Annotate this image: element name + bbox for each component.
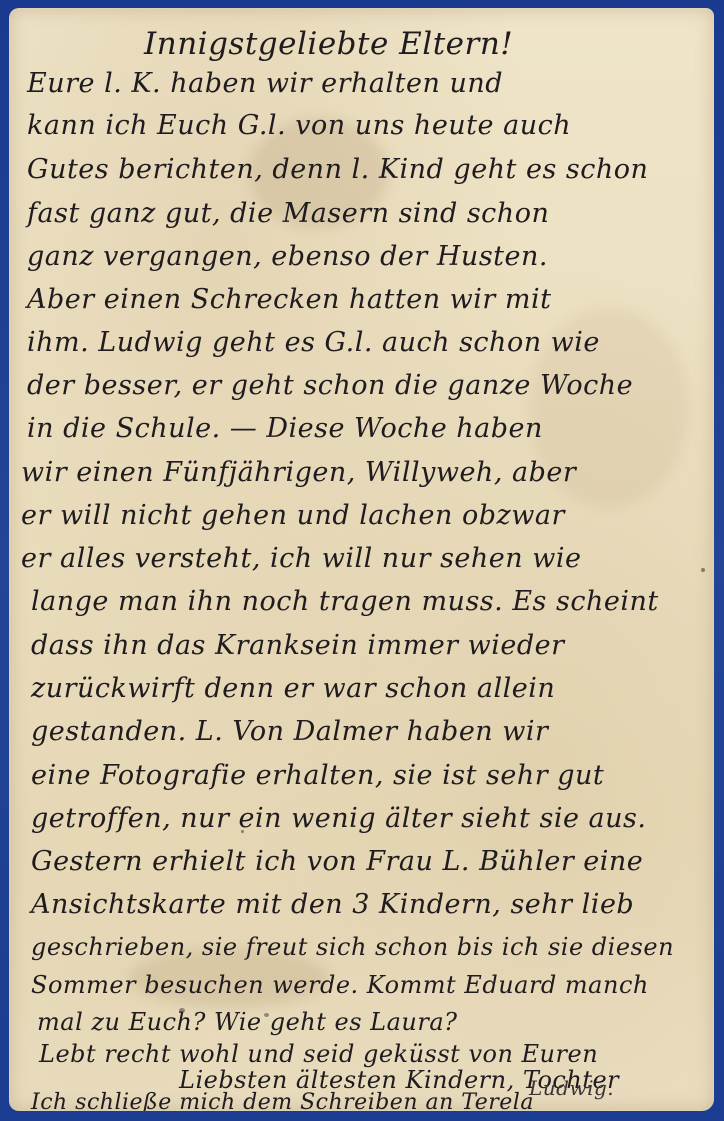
postcard-paper: Innigstgeliebte Eltern! Eure l. K. haben… — [9, 8, 714, 1111]
letter-line: Ansichtskarte mit den 3 Kindern, sehr li… — [31, 889, 634, 920]
letter-line: Ich schließe mich dem Schreiben an Terel… — [31, 1090, 534, 1111]
letter-line: geschrieben, sie freut sich schon bis ic… — [31, 933, 674, 961]
letter-salutation: Innigstgeliebte Eltern! — [144, 26, 513, 62]
letter-line: gestanden. L. Von Dalmer haben wir — [31, 716, 548, 747]
letter-line: Eure l. K. haben wir erhalten und — [27, 68, 503, 99]
letter-line: Gutes berichten, denn l. Kind geht es sc… — [27, 154, 648, 185]
letter-line: er alles versteht, ich will nur sehen wi… — [21, 543, 581, 574]
letter-line: Gestern erhielt ich von Frau L. Bühler e… — [31, 846, 643, 877]
letter-line: getroffen, nur ein wenig älter sieht sie… — [31, 803, 646, 834]
letter-line: in die Schule. — Diese Woche haben — [27, 413, 543, 444]
letter-line: ihm. Ludwig geht es G.l. auch schon wie — [27, 327, 600, 358]
ink-speck — [701, 568, 705, 572]
letter-line: fast ganz gut, die Masern sind schon — [27, 198, 549, 229]
letter-line: Aber einen Schrecken hatten wir mit — [27, 284, 552, 315]
letter-line: Lebt recht wohl und seid geküsst von Eur… — [39, 1040, 598, 1068]
letter-line: kann ich Euch G.l. von uns heute auch — [27, 110, 571, 141]
letter-line: Sommer besuchen werde. Kommt Eduard manc… — [31, 971, 649, 999]
letter-line: wir einen Fünfjährigen, Willyweh, aber — [21, 457, 576, 488]
letter-line: zurückwirft denn er war schon allein — [31, 673, 555, 704]
letter-signature: Ludwig. — [529, 1076, 614, 1100]
letter-line: er will nicht gehen und lachen obzwar — [21, 500, 565, 531]
letter-line: lange man ihn noch tragen muss. Es schei… — [31, 586, 659, 617]
letter-line: mal zu Euch? Wie geht es Laura? — [37, 1008, 458, 1036]
letter-line: ganz vergangen, ebenso der Husten. — [27, 241, 548, 272]
letter-line: eine Fotografie erhalten, sie ist sehr g… — [31, 760, 604, 791]
scanned-postcard: Innigstgeliebte Eltern! Eure l. K. haben… — [0, 0, 724, 1121]
letter-line: der besser, er geht schon die ganze Woch… — [27, 370, 633, 401]
letter-line: dass ihn das Kranksein immer wieder — [31, 630, 565, 661]
